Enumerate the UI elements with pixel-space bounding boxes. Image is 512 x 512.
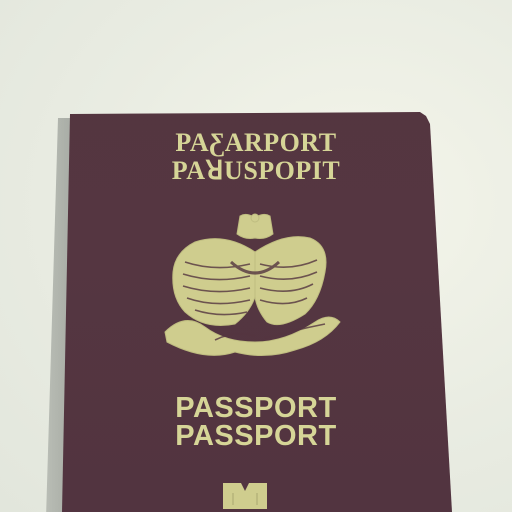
cover-top-title-1: PAƸARPORT <box>0 128 512 158</box>
passport-scene: PAƸARPORT PAꓤUSPOPIT PASSPORT PASSPORT <box>0 0 512 512</box>
cover-bottom-title-2: PASSPORT <box>0 420 512 453</box>
biometric-chip-icon <box>221 481 269 509</box>
cover-top-title-2: PAꓤUSPOPIT <box>0 156 512 186</box>
coat-of-arms-icon <box>155 212 355 368</box>
